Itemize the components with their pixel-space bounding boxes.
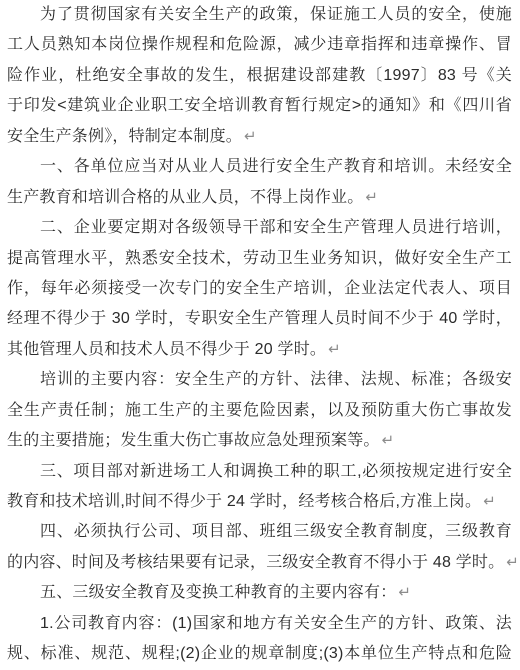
line-text: 1.公司教育内容：(1)国家和地方有关安全生产的方针、政策、法	[40, 615, 512, 632]
paragraph-return-mark-icon: ↵	[483, 493, 496, 510]
text-line[interactable]: 其他管理人员和技术人员不得少于 20 学时。↵	[7, 335, 512, 365]
line-text: 五、三级安全教育及变换工种教育的主要内容有：	[40, 584, 396, 601]
line-text: 教育和技术培训,时间不得少于 24 学时，经考核合格后,方准上岗。	[7, 493, 481, 510]
text-line[interactable]: 为了贯彻国家有关安全生产的政策，保证施工人员的安全，使施	[7, 0, 512, 30]
text-line[interactable]: 培训的主要内容：安全生产的方针、法律、法规、标准；各级安	[7, 365, 512, 395]
text-line[interactable]: 1.公司教育内容：(1)国家和地方有关安全生产的方针、政策、法	[7, 609, 512, 639]
line-text: 为了贯彻国家有关安全生产的政策，保证施工人员的安全，使施	[40, 6, 512, 23]
text-line[interactable]: 生产教育和培训合格的从业人员，不得上岗作业。↵	[7, 183, 512, 213]
text-line[interactable]: 经理不得少于 30 学时，专职安全生产管理人员时间不少于 40 学时，	[7, 304, 512, 334]
text-line[interactable]: 生的主要措施；发生重大伤亡事故应急处理预案等。↵	[7, 426, 512, 456]
line-text: 安全生产条例》，特制定本制度。	[7, 128, 242, 145]
text-line[interactable]: 安全生产条例》，特制定本制度。↵	[7, 122, 512, 152]
text-line[interactable]: 教育和技术培训,时间不得少于 24 学时，经考核合格后,方准上岗。↵	[7, 487, 512, 517]
line-text: 一、各单位应当对从业人员进行安全生产教育和培训。未经安全	[40, 158, 512, 175]
line-text: 规、标准、规范、规程;(2)企业的规章制度;(3)本单位生产特点和危险	[7, 645, 512, 662]
line-text: 作，每年必须接受一次专门的安全生产培训，企业法定代表人、项目	[7, 280, 512, 297]
text-line[interactable]: 提高管理水平，熟悉安全技术，劳动卫生业务知识，做好安全生产工	[7, 244, 512, 274]
line-text: 全生产责任制；施工生产的主要危险因素，以及预防重大伤亡事故发	[7, 402, 512, 419]
line-text: 四、必须执行公司、项目部、班组三级安全教育制度，三级教育	[40, 523, 512, 540]
text-line[interactable]: 三、项目部对新进场工人和调换工种的职工,必须按规定进行安全	[7, 457, 512, 487]
line-text: 工人员熟知本岗位操作规程和危险源，减少违章指挥和违章操作、冒	[7, 36, 512, 53]
text-line[interactable]: 作，每年必须接受一次专门的安全生产培训，企业法定代表人、项目	[7, 274, 512, 304]
line-text: 提高管理水平，熟悉安全技术，劳动卫生业务知识，做好安全生产工	[7, 250, 512, 267]
text-line[interactable]: 全生产责任制；施工生产的主要危险因素，以及预防重大伤亡事故发	[7, 396, 512, 426]
text-line[interactable]: 五、三级安全教育及变换工种教育的主要内容有：↵	[7, 578, 512, 608]
paragraph-return-mark-icon: ↵	[328, 341, 341, 358]
text-line[interactable]: 于印发<建筑业企业职工安全培训教育暂行规定>的通知》和《四川省	[7, 91, 512, 121]
text-line[interactable]: 规、标准、规范、规程;(2)企业的规章制度;(3)本单位生产特点和危险	[7, 639, 512, 669]
text-line[interactable]: 工人员熟知本岗位操作规程和危险源，减少违章指挥和违章操作、冒	[7, 30, 512, 60]
paragraph-return-mark-icon: ↵	[365, 189, 378, 206]
paragraph-return-mark-icon: ↵	[398, 584, 411, 601]
text-line[interactable]: 一、各单位应当对从业人员进行安全生产教育和培训。未经安全	[7, 152, 512, 182]
line-text: 三、项目部对新进场工人和调换工种的职工,必须按规定进行安全	[40, 463, 512, 480]
line-text: 生产教育和培训合格的从业人员，不得上岗作业。	[7, 189, 363, 206]
line-text: 其他管理人员和技术人员不得少于 20 学时。	[7, 341, 326, 358]
text-line[interactable]: 四、必须执行公司、项目部、班组三级安全教育制度，三级教育	[7, 517, 512, 547]
line-text: 生的主要措施；发生重大伤亡事故应急处理预案等。	[7, 432, 380, 449]
paragraph-return-mark-icon: ↵	[382, 432, 395, 449]
line-text: 于印发<建筑业企业职工安全培训教育暂行规定>的通知》和《四川省	[7, 97, 512, 114]
line-text: 经理不得少于 30 学时，专职安全生产管理人员时间不少于 40 学时，	[7, 310, 512, 327]
text-line[interactable]: 的内容、时间及考核结果要有记录，三级安全教育不得小于 48 学时。↵	[7, 548, 512, 578]
text-line[interactable]: 二、企业要定期对各级领导干部和安全生产管理人员进行培训，	[7, 213, 512, 243]
line-text: 险作业，杜绝安全事故的发生，根据建设部建教〔1997〕83 号《关	[7, 67, 512, 84]
text-line[interactable]: 险作业，杜绝安全事故的发生，根据建设部建教〔1997〕83 号《关	[7, 61, 512, 91]
paragraph-return-mark-icon: ↵	[506, 554, 519, 571]
paragraph-return-mark-icon: ↵	[244, 128, 257, 145]
document-page[interactable]: 为了贯彻国家有关安全生产的政策，保证施工人员的安全，使施工人员熟知本岗位操作规程…	[0, 0, 520, 670]
line-text: 培训的主要内容：安全生产的方针、法律、法规、标准；各级安	[40, 371, 512, 388]
line-text: 二、企业要定期对各级领导干部和安全生产管理人员进行培训，	[40, 219, 512, 236]
line-text: 的内容、时间及考核结果要有记录，三级安全教育不得小于 48 学时。	[7, 554, 504, 571]
